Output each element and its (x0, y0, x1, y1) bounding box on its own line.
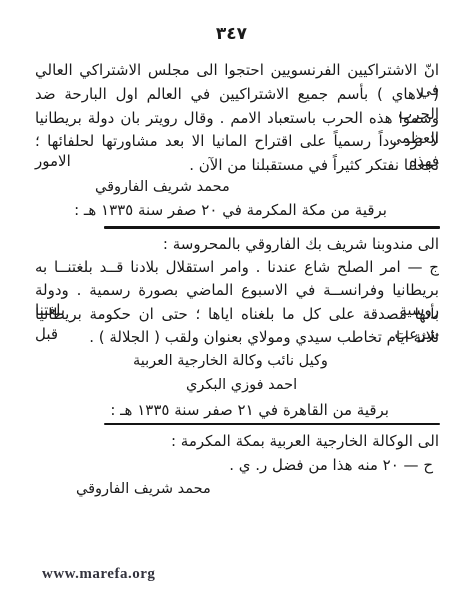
cairo-body-line: ح — ٢٠ منه هذا من فضل ر. ي . (229, 455, 433, 475)
intro-paragraph-line: تجعلنا نفتكر كثيراً في مستقبلنا من الآن … (35, 155, 439, 175)
intro-signature: محمد شريف الفاروقي (95, 177, 230, 197)
page-number: ٣٤٧ (0, 24, 463, 44)
mecca-telegram-heading: برقية من مكة المكرمة في ٢٠ صفر سنة ١٣٣٥ … (74, 200, 387, 220)
mecca-body-line: ثلاثة ايام تخاطب سيدي ومولاي بعنوان ولقب… (35, 327, 439, 347)
scanned-book-page: ٣٤٧ انّ الاشتراكيين الفرنسويين احتجوا ال… (0, 0, 463, 599)
mecca-salutation: الى مندوبنا شريف بك الفاروقي بالمحروسة : (163, 234, 439, 254)
mecca-signature-name: احمد فوزي البكري (186, 375, 297, 395)
mecca-body-line: ج — امر الصلح شاع عندنا . وامر استقلال ب… (35, 257, 439, 277)
cairo-signature: محمد شريف الفاروقي (76, 479, 211, 499)
section-divider (104, 226, 440, 229)
watermark-url: www.marefa.org (42, 566, 155, 583)
cairo-telegram-heading: برقية من القاهرة في ٢١ صفر سنة ١٣٣٥ هـ : (110, 400, 389, 420)
cairo-salutation: الى الوكالة الخارجية العربية بمكة المكرم… (171, 431, 439, 451)
section-divider (104, 423, 440, 425)
mecca-signature-title: وكيل نائب وكالة الخارجية العربية (133, 351, 328, 371)
